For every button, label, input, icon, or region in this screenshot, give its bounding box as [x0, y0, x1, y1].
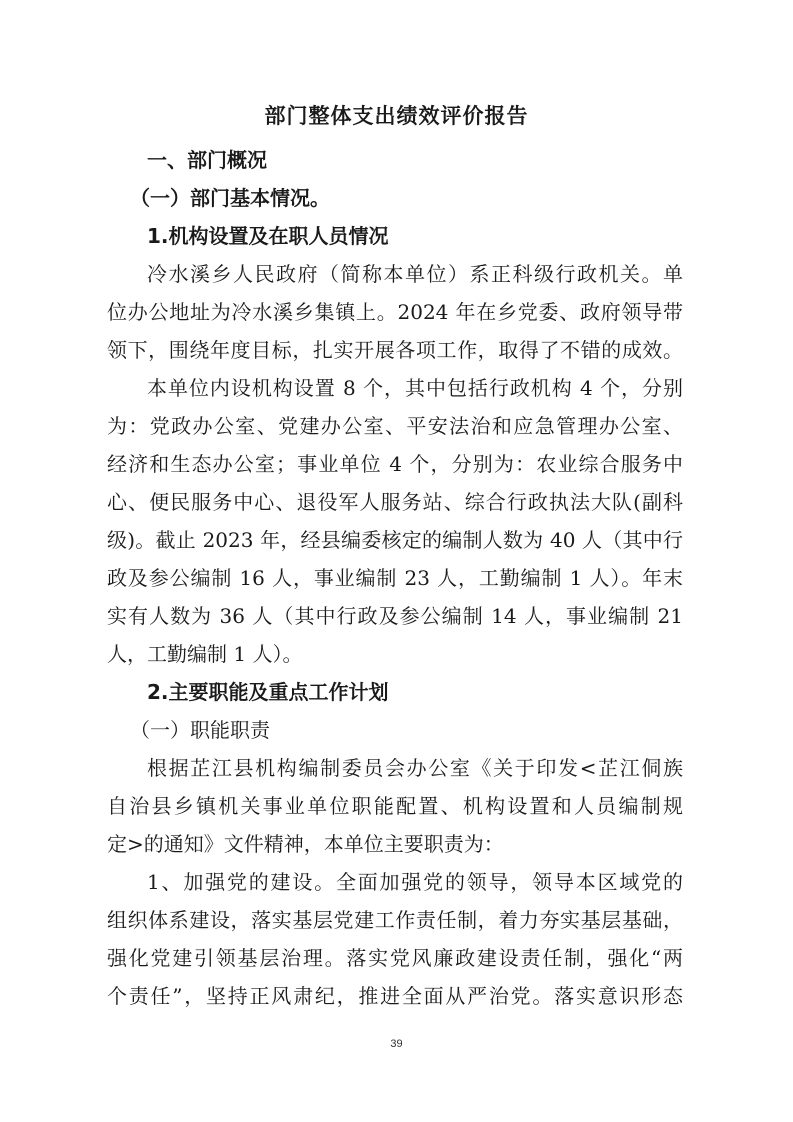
paragraph-line: 为：党政办公室、党建办公室、平安法治和应急管理办公室、 — [107, 411, 683, 441]
paragraph-line: 冷水溪乡人民政府（简称本单位）系正科级行政机关。单 — [147, 259, 683, 289]
subsection-heading-basic-info: （一）部门基本情况。 — [130, 183, 706, 213]
subsubsection-heading-organization: 1.机构设置及在职人员情况 — [147, 221, 723, 251]
paragraph-line: 根据芷江县机构编制委员会办公室《关于印发<芷江侗族 — [147, 753, 683, 783]
document-title: 部门整体支出绩效评价报告 — [0, 100, 793, 132]
paragraph-line: 强化党建引领基层治理。落实党风廉政建设责任制，强化“两 — [107, 943, 683, 973]
subsubsection-heading-functions: 2.主要职能及重点工作计划 — [147, 677, 723, 707]
paragraph-line: 政及参公编制 16 人，事业编制 23 人，工勤编制 1 人）。年末 — [107, 563, 683, 593]
paragraph-line: 人，工勤编制 1 人）。 — [107, 639, 683, 669]
document-page: 部门整体支出绩效评价报告 一、部门概况 （一）部门基本情况。 1.机构设置及在职… — [0, 0, 793, 1122]
paragraph-line: 实有人数为 36 人（其中行政及参公编制 14 人，事业编制 21 — [107, 601, 683, 631]
paragraph-line: 1、加强党的建设。全面加强党的领导，领导本区域党的 — [147, 867, 683, 897]
paragraph-line: 自治县乡镇机关事业单位职能配置、机构设置和人员编制规 — [107, 791, 683, 821]
paragraph-line: 位办公地址为冷水溪乡集镇上。2024 年在乡党委、政府领导带 — [107, 297, 683, 327]
sub-heading-duties: （一）职能职责 — [130, 715, 706, 745]
paragraph-line: 组织体系建设，落实基层党建工作责任制，着力夯实基层基础， — [107, 905, 683, 935]
paragraph-line: 定>的通知》文件精神，本单位主要职责为： — [107, 829, 683, 859]
paragraph-line: 领下，围绕年度目标，扎实开展各项工作，取得了不错的成效。 — [107, 335, 683, 365]
paragraph-line: 心、便民服务中心、退役军人服务站、综合行政执法大队(副科 — [107, 487, 683, 517]
page-number: 39 — [0, 1038, 793, 1050]
paragraph-line: 级)。截止 2023 年，经县编委核定的编制人数为 40 人（其中行 — [107, 525, 683, 555]
paragraph-line: 本单位内设机构设置 8 个，其中包括行政机构 4 个，分别 — [147, 373, 683, 403]
paragraph-line: 个责任”，坚持正风肃纪，推进全面从严治党。落实意识形态 — [107, 981, 683, 1011]
paragraph-line: 经济和生态办公室；事业单位 4 个，分别为：农业综合服务中 — [107, 449, 683, 479]
section-heading-overview: 一、部门概况 — [147, 145, 723, 175]
